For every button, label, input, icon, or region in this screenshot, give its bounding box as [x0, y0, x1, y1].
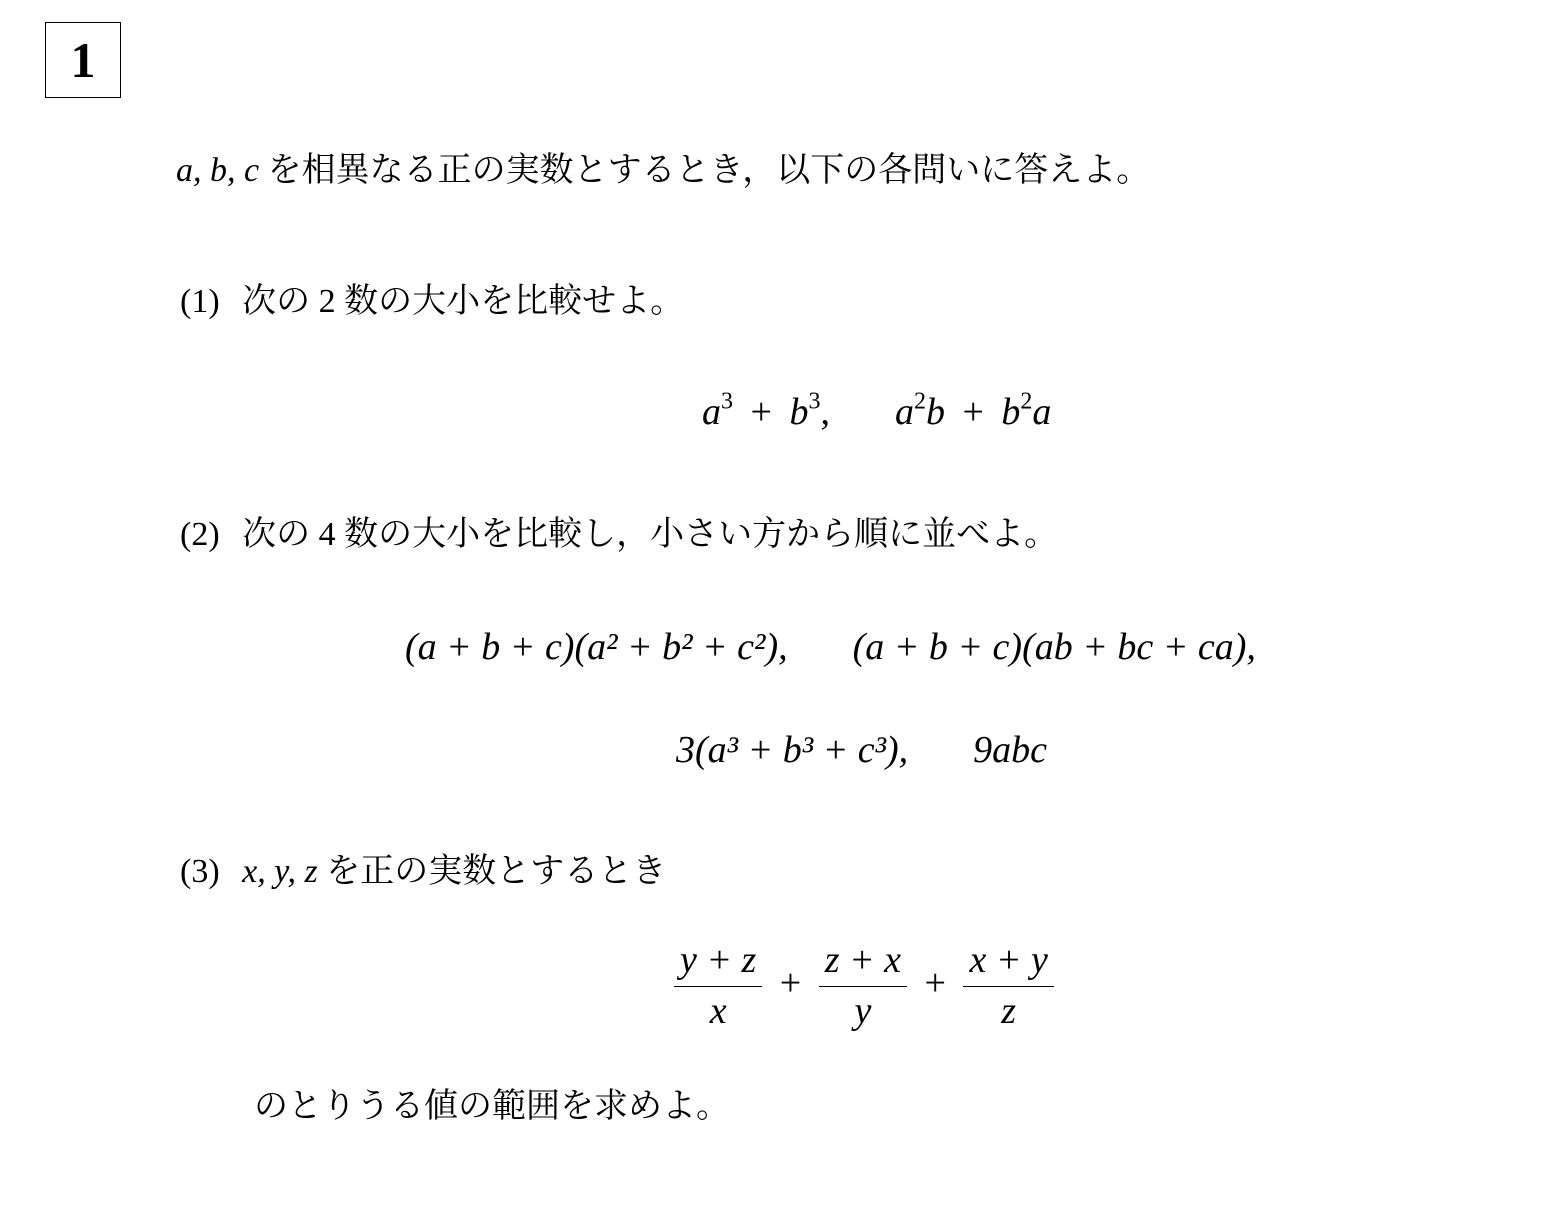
expr-three-cubes: 3(a³ + b³ + c³), [676, 729, 908, 771]
part-1-line: (1) 次の 2 数の大小を比較せよ。 [180, 285, 684, 319]
expr-sum-times-squares: (a + b + c)(a² + b² + c²), [405, 626, 788, 668]
part-3-text: を正の実数とするとき [326, 853, 666, 890]
fraction-2: z + x y [819, 940, 907, 1033]
intro-line: a, b, c を相異なる正の実数とするとき，以下の各問いに答えよ。 [176, 154, 1150, 188]
plus-sign: + [751, 391, 772, 433]
var-a: a [895, 391, 914, 433]
part-3-vars: x, y, z [242, 853, 318, 890]
var-a: a [1032, 391, 1051, 433]
var-b: b [789, 391, 808, 433]
intro-text: を相異なる正の実数とするとき，以下の各問いに答えよ。 [268, 152, 1151, 189]
part-3-closing: のとりうる値の範囲を求めよ。 [254, 1090, 730, 1124]
plus-sign: + [962, 391, 983, 433]
plus-sign: + [925, 962, 946, 1004]
part-1-label: (1) [180, 283, 220, 320]
exp: 2 [914, 388, 926, 414]
fraction-1: y + z x [674, 940, 762, 1033]
var-b: b [1001, 391, 1020, 433]
denominator: x [704, 991, 733, 1033]
part-2-text: 次の 4 数の大小を比較し，小さい方から順に並べよ。 [242, 516, 1058, 553]
part-3-closing-text: のとりうる値の範囲を求めよ。 [254, 1088, 730, 1125]
fraction-bar [963, 986, 1053, 987]
numerator: y + z [674, 940, 762, 982]
denominator: y [848, 991, 877, 1033]
problem-number: 1 [71, 31, 96, 89]
var-a: a [702, 391, 721, 433]
fraction-3: x + y z [963, 940, 1053, 1033]
part-2-expression-line-1: (a + b + c)(a² + b² + c²), (a + b + c)(a… [405, 628, 1256, 666]
numerator: x + y [963, 940, 1053, 982]
numerator: z + x [819, 940, 907, 982]
part-3-label: (3) [180, 853, 220, 890]
part-1-text: 次の 2 数の大小を比較せよ。 [242, 283, 684, 320]
exp: 3 [721, 388, 733, 414]
part-2-expression-line-2: 3(a³ + b³ + c³), 9abc [676, 731, 1047, 769]
part-3-expression: y + z x + z + x y + x + y z [674, 940, 1054, 1033]
part-3-line: (3) x, y, z を正の実数とするとき [180, 855, 666, 889]
fraction-bar [819, 986, 907, 987]
comma: , [820, 391, 830, 433]
exp: 3 [808, 388, 820, 414]
plus-sign: + [780, 962, 801, 1004]
exp: 2 [1020, 388, 1032, 414]
part-2-line: (2) 次の 4 数の大小を比較し，小さい方から順に並べよ。 [180, 518, 1058, 552]
denominator: z [995, 991, 1022, 1033]
part-2-label: (2) [180, 516, 220, 553]
var-b: b [926, 391, 945, 433]
expr-nine-abc: 9abc [973, 729, 1047, 771]
fraction-bar [674, 986, 762, 987]
intro-vars: a, b, c [176, 152, 259, 189]
expr-sum-times-products: (a + b + c)(ab + bc + ca), [853, 626, 1256, 668]
problem-number-box: 1 [45, 22, 121, 98]
part-1-expression: a3 + b3, a2b + b2a [702, 393, 1051, 431]
